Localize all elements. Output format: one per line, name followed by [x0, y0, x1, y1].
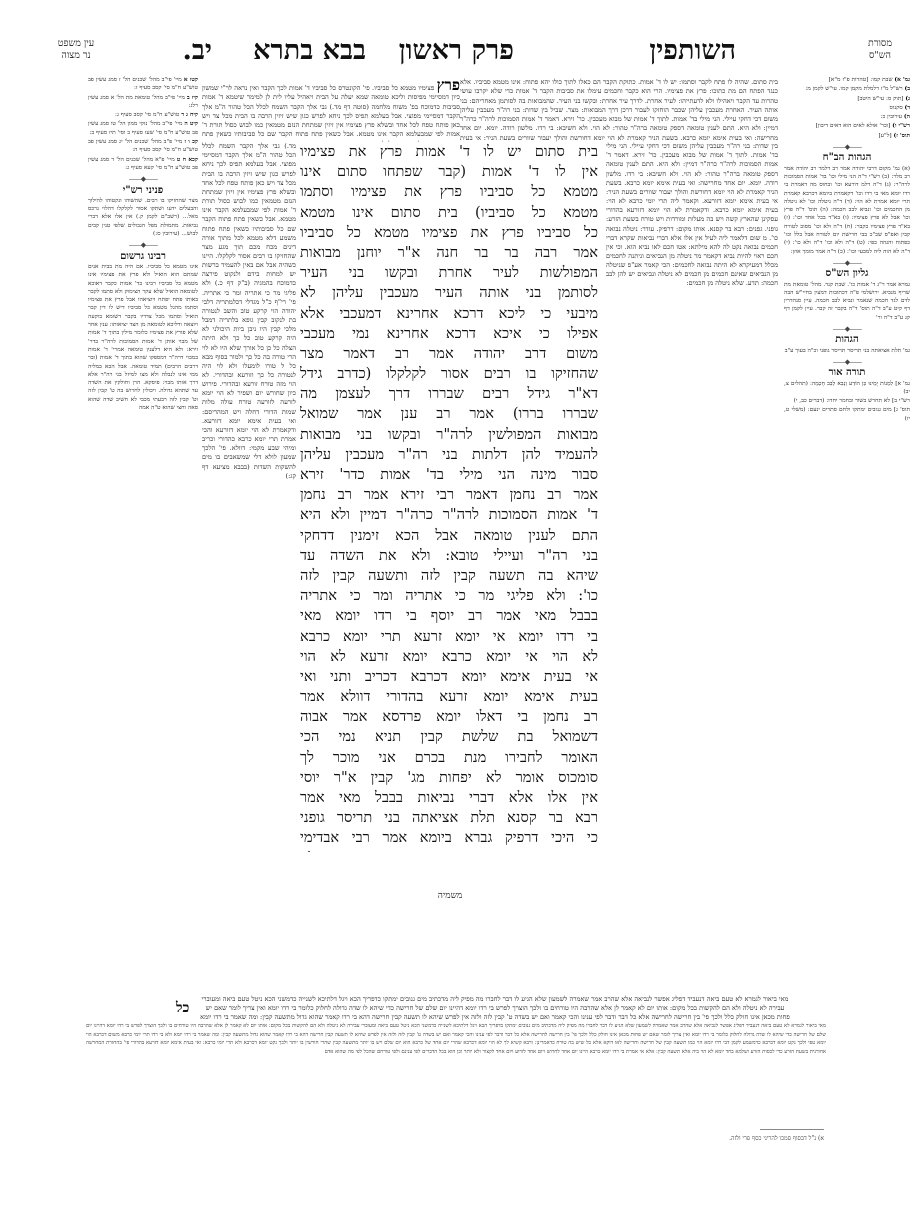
- penei-rashi-text: מצר שהחזיקו בו רבים. שהשוהו ונקטוהו להיל…: [88, 197, 198, 238]
- gemara-line: דשמואל בת שלשת קבין תניא נמי הכי: [300, 727, 598, 747]
- tosafot-top: פרץ פצימיו מטמא כל סביביו. פי' הקונטרס כ…: [202, 78, 460, 142]
- tosafot-text-top: פצימיו מטמא כל סביביו. פי' הקונטרס כל סב…: [202, 84, 460, 142]
- torah-or-title: תורה אור: [784, 369, 910, 377]
- gemara-line: דא"ר גידל רבים שבררו דרך לעצמן מה: [300, 384, 598, 404]
- mesoret-mark: ד): [904, 105, 910, 111]
- mesoret-text: סקנוס: [890, 105, 903, 111]
- ein-mishpat-mark: קכא ח ט: [177, 157, 198, 163]
- ein-mishpat-text: טוש"ע ח"מ סי' קסב סעיף ג:: [115, 112, 179, 118]
- hagahot-text: גמ' תלת אציאתה בני תריסר תריסר גופני וכ"…: [784, 347, 910, 355]
- gemara-line: שיהא בה תשעה קבין לזה ותשעה קבין לזה: [300, 566, 598, 586]
- gemara-line: מבואות המפולשין לרה"ר ובקשו בני מבואות: [300, 425, 598, 445]
- hagahot-habach-text: (א) גמ' מקום דרבי יהודה אמר רב דלמר רב י…: [784, 165, 910, 256]
- rashi-bottom: בית סתום. שהיה לו פתח לקבר וסתמו: יש לו …: [460, 868, 786, 1010]
- ein-mishpat-text: מיי' פי"ב מהל' שכנים הל' ז סמג עשין פב ט…: [88, 77, 198, 91]
- mesoret-label-line1: מסורת: [850, 38, 910, 50]
- ornament-divider: ——◆——: [784, 259, 910, 267]
- ein-mishpat-mark: קיז ב: [187, 95, 198, 101]
- mesoret-text: עירובין כ:: [881, 114, 903, 120]
- gemara-line: בעית אימא יומא זרעא בהדורי דוולא אמר: [300, 687, 598, 707]
- tractate-title: בבא בתרא: [253, 34, 366, 68]
- tosafot-closing: מאי ביאור לגמרא לא טעם ביאה דנעביד דפליג…: [200, 995, 790, 1023]
- mesoret-hashas-label: מסורת הש"ס: [850, 38, 910, 62]
- gemara-line: אמר רבה בר בר חנה א"ר יוחנן מבואות: [300, 243, 598, 263]
- ein-mishpat-mark: קיט ה: [184, 121, 198, 127]
- hagahot-title: הגהות: [784, 336, 910, 344]
- mesoret-label-line2: הש"ס: [850, 50, 910, 62]
- mesoret-text: [ל"ע]: [879, 133, 892, 139]
- bottom-commentary: מאי ביאור לגמרא לא טעם ביאה דנעביד דפליג…: [86, 1022, 826, 1122]
- gemara-line: אי בעית אימא יומא דכרבא דכריב ותני ואי: [300, 667, 598, 687]
- ein-mishpat-label-line1: עין משפט: [46, 38, 106, 50]
- gemara-line: כי היכי דרפיק גברא ביומא אמר רבי אבדימי: [300, 828, 598, 848]
- rabbenu-gershom-text: אינו מטמא כל סביביו. אם היה מת בבית אנים…: [88, 263, 198, 412]
- gemara-column: בית סתום יש לו ד' אמות פרץ את פצימיו אין…: [300, 142, 598, 852]
- gemara-line: לא הוי אי יומא כרבא יומא זרעא לא הוי: [300, 647, 598, 667]
- tosafot-heading-word: פרץ: [437, 78, 460, 94]
- rashi-text: בית סתום. שהיה לו פתח לקבר וסתמו: יש לו …: [606, 142, 778, 289]
- gilyon-hashas-text: גמרא אמר ר"ג ד' אמות כו'. שבת קנד. מהל' …: [784, 281, 910, 322]
- tosafot-bottom: פצימיו מטמא כל סביביו. פי' הקונטרס כל סב…: [202, 868, 456, 998]
- gemara-line: בי רדו יומא אי יומא זרעא תרי יומא כרבא: [300, 627, 598, 647]
- gemara-line: דמן חיפה מיום שחרב בית המקדש ניטלה: [300, 849, 598, 852]
- mesoret-mark: גמ' א): [894, 77, 910, 83]
- mesoret-mark: ב): [904, 86, 910, 92]
- hagahot-habach-title: הגהות הב"ח: [784, 154, 910, 162]
- rashi-top: בית סתום. שהיה לו פתח לקבר וסתמו: יש לו …: [460, 78, 778, 142]
- mesoret-mark: ה): [904, 114, 910, 120]
- gemara-line: בבבל מאי אמר רב יוסף בי רדו יומא מאי: [300, 606, 598, 626]
- gemara-line: שהחזיקו בו רבים אסור לקלקלו (כדרב גידל: [300, 364, 598, 384]
- tosafot-text: פצימיו מטמא כל סביביו. פי' הקונטרס כל סב…: [202, 142, 296, 481]
- mesoret-mark: תוס' ז): [894, 133, 910, 139]
- gemara-line: המפולשות לעיר אחרת ובקשו בני העיר: [300, 263, 598, 283]
- daf-number: יב.: [183, 34, 213, 68]
- mesoret-text: [תוק ס: עי"ש היטב]: [857, 96, 903, 102]
- rashi-text-top: בית סתום. שהיה לו פתח לקבר וסתמו: יש לו …: [460, 78, 778, 142]
- gemara-line: שבררו בררו) אמר רב ענן אמר שמואל: [300, 404, 598, 424]
- page-header: מסורת הש"ס השותפין פרק ראשון בבא בתרא יב…: [0, 34, 914, 74]
- perek-title: פרק ראשון: [399, 34, 514, 68]
- folio-catchword: כל: [176, 1000, 189, 1017]
- mesoret-entries: גמ' א) שבת קמו: [טהרות פ"ז מ"א] ב) רש"ל …: [784, 76, 910, 140]
- gemara-line: אין לו ד' אמות (קבר שפתחו סתום אינו: [300, 162, 598, 182]
- gemara-line: התם לענין טומאה אבל הכא זימנין דדחקי: [300, 526, 598, 546]
- gemara-line: משום דרב יהודה אמר רב דאמר מצר: [300, 344, 598, 364]
- gemara-line: מיבעי כי ליכא דרכא אחרינא דמעכבי אלא: [300, 304, 598, 324]
- gemara-line: להעמיד להן דלתות בני רה"ר מעכבין עליהן: [300, 445, 598, 465]
- ein-mishpat-text: מיי' פי"ב מהל' נזקי ממון הל' טו סמג עשין…: [88, 121, 198, 135]
- bottom-commentary-text: מאי ביאור לגמרא לא טעם ביאה דנעביד דפליג…: [86, 1022, 826, 1056]
- ornament-divider: ——◆——: [784, 325, 910, 333]
- torah-or-tosafot-note: תוס' ג] מים גנובים ימתקו ולחם סתרים ינעם…: [784, 406, 910, 423]
- ein-mishpat-column: קטז א מיי' פי"ב מהל' שכנים הל' ז סמג עשי…: [88, 76, 198, 1026]
- gemara-line: האומר לחבירו מנת בכרם אני מוכר לך: [300, 748, 598, 768]
- mesoret-mark: ג): [905, 96, 910, 102]
- mesoret-text: [וכר' אולא לאים הוא דאים דיבון]: [816, 123, 891, 129]
- gemara-line: אמר רב נחמן דאמר רבי זירא אמר רב נחמן: [300, 485, 598, 505]
- mesoret-mark: רש"י ו): [892, 123, 910, 129]
- penei-rashi-title: פניני רש"י: [88, 187, 198, 195]
- gemara-line: כו': ולא פליגי מר כי אתריה ומר כי אתריה: [300, 586, 598, 606]
- footnote-rule: [760, 1129, 824, 1130]
- gemara-line: סומכוס אומר לא יפחות מג' קבין א"ר יוסי: [300, 768, 598, 788]
- ein-mishpat-mark: קיח ג ד: [181, 112, 198, 118]
- torah-or-text: גמ' א] לִמְנוֹת יָמֵינוּ כֵּן הוֹדַע וְנ…: [784, 380, 910, 397]
- mesoret-text: שבת קמו: [טהרות פ"ז מ"א]: [829, 77, 893, 83]
- mesoret-text: רש"ל מ"ז דלמלת מקמן קמו. עי"ש לקמן מ:: [805, 86, 902, 92]
- ornament-divider: ——◆——: [88, 241, 198, 249]
- gemara-line: מטמא כל סביביו פרץ את פצימיו וסתמו: [300, 182, 598, 202]
- gemara-line: אין אלו אלא דברי נביאות בבבל מאי אמר: [300, 788, 598, 808]
- ornament-divider: ——◆——: [784, 358, 910, 366]
- torah-or-rashi-note: רש"י ב] לא תחרש בשור ובחמר יחדו: (דברים …: [784, 397, 910, 405]
- gemara-line: אפילו כי איכא דרכא אחרינא נמי מעכבי: [300, 324, 598, 344]
- gemara-line: בני רה"ר ועיילי טובא: ולא את השדה עד: [300, 546, 598, 566]
- ornament-divider: ——◆——: [88, 175, 198, 183]
- gemara-line: ד' אמות הסמוכות לרה"ר כרה"ר דמיין ולא הי…: [300, 505, 598, 525]
- ein-mishpat-label: עין משפט נר מצוה: [46, 38, 106, 62]
- mesoret-hashas-column: גמ' א) שבת קמו: [טהרות פ"ז מ"א] ב) רש"ל …: [784, 76, 910, 996]
- tosafot-column: פצימיו מטמא כל סביביו. פי' הקונטרס כל סב…: [202, 142, 296, 854]
- gemara-line: רב נחמן בי דאלו יומא פרדסא אמר אבוה: [300, 707, 598, 727]
- gemara-line: לסותמן בני אותה העיר מעכבין עליהן לא: [300, 283, 598, 303]
- ornament-divider: ——◆——: [784, 143, 910, 151]
- ein-mishpat-text: מיי' פ"ב מהל' שכנים הל' יג סמג עשין פב ט…: [88, 139, 198, 153]
- chapter-title: השותפין: [649, 34, 736, 68]
- gemara-line: רבא בר קסנא תלת אציאתה בני תריסר גופני: [300, 808, 598, 828]
- gemara-line: בית סתום יש לו ד' אמות פרץ את פצימיו: [300, 142, 598, 162]
- ein-mishpat-text: מיי' פי"ב מהל' טומאת מת הל' א סמג עשין ר…: [88, 95, 198, 109]
- tosafot-closing-text: מאי ביאור לגמרא לא טעם ביאה דנעביד דפליג…: [200, 995, 790, 1023]
- footnote: א) נ"ל דבסוף סמכו להריני כסף פרי ולזה.: [729, 1135, 824, 1142]
- ein-mishpat-mark: קכ ו ז: [184, 139, 198, 145]
- gemara-line: כל סביביו פרץ את פצימיו מטמא כל סביביו: [300, 223, 598, 243]
- gilyon-hashas-title: גליון הש"ס: [784, 270, 910, 278]
- gemara-line: מטמא כל סביביו) בית סתום אינו מטמא: [300, 203, 598, 223]
- rabbenu-gershom-title: רבינו גרשום: [88, 253, 198, 261]
- rashi-column: בית סתום. שהיה לו פתח לקבר וסתמו: יש לו …: [606, 142, 778, 854]
- ein-mishpat-mark: קטז א: [184, 77, 198, 83]
- gemara-line: סבור מינה הני מילי בד' אמות כדר' זירא: [300, 465, 598, 485]
- ein-mishpat-label-line2: נר מצוה: [46, 50, 106, 62]
